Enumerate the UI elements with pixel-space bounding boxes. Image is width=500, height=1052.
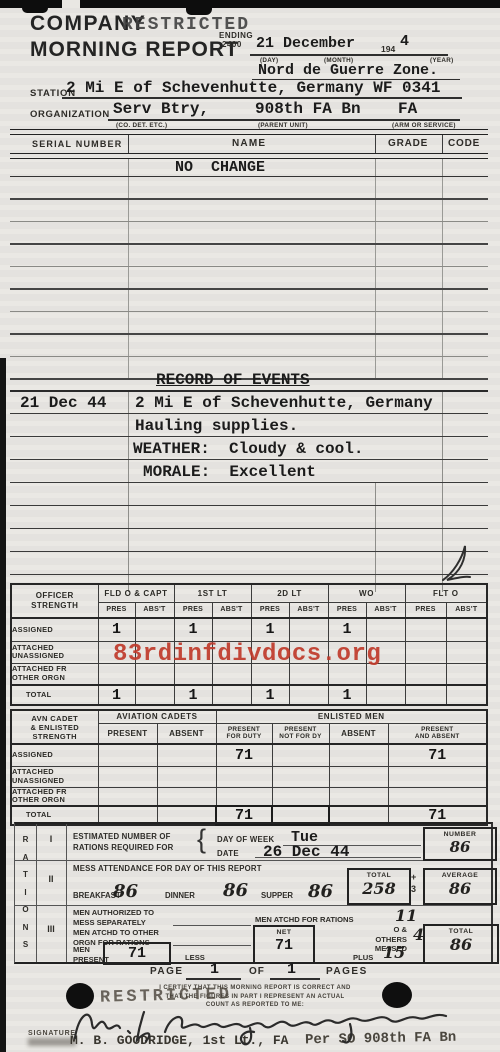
officer-group-fldo: FLD O & CAPT: [98, 584, 174, 602]
zone-line: Nord de Guerre Zone.: [258, 62, 438, 79]
officer-cell: [366, 685, 405, 705]
events-title: RECORD OF EVENTS: [156, 371, 310, 389]
org-unit-value: Serv Btry,: [113, 100, 209, 118]
cadets-present-header: PRESENT: [98, 723, 157, 744]
date-value: 26 Dec 44: [263, 843, 349, 861]
org-arm-value: FA: [398, 100, 417, 118]
average-box: AVERAGE 86: [423, 868, 497, 905]
breakfast-value: 86: [113, 881, 138, 902]
enlisted-cell: [272, 766, 329, 787]
enlisted-cell: [329, 766, 388, 787]
blank-row: [10, 245, 488, 267]
officer-row-label: TOTAL: [11, 685, 98, 705]
number-box: NUMBER 86: [423, 827, 497, 861]
officer-cell: 1: [174, 685, 212, 705]
enlisted-row-label: ASSIGNED: [11, 744, 98, 766]
enlisted-cell: [329, 744, 388, 766]
event-text: WEATHER: Cloudy & cool.: [133, 440, 363, 458]
station-value: 2 Mi E of Schevenhutte, Germany WF 0341: [66, 79, 440, 97]
scan-top-blob-2: [186, 0, 212, 15]
rations-numeral-3: III: [36, 924, 66, 934]
cadets-absent-header: ABSENT: [157, 723, 216, 744]
officer-cell: [446, 618, 487, 641]
pen-mark: [438, 543, 472, 585]
number-box-value: 86: [450, 838, 471, 856]
mess-total-value: 258: [362, 879, 395, 898]
officer-row-label: ATTACHED FR OTHER ORGN: [11, 663, 98, 685]
ending-label: ENDING: [219, 31, 253, 40]
atchd-other-underline: [173, 945, 251, 946]
present-not-for-duty-header: PRESENT NOT FOR DY: [272, 723, 329, 744]
abst-header: ABS'T: [446, 602, 487, 618]
co-det-caption: (CO. DET. ETC.): [116, 122, 167, 129]
less-label: LESS: [185, 953, 205, 962]
date-underline: [250, 54, 448, 56]
enlisted-cell: [157, 744, 216, 766]
rations-section: R A T I O N S I II III ESTIMATED NUMBER …: [14, 822, 493, 964]
plus-label: PLUS: [353, 953, 373, 962]
divide-sign: +: [411, 872, 416, 882]
rations-numeral-2: II: [36, 874, 66, 884]
officer-cell: [289, 618, 328, 641]
officer-cell: 1: [174, 618, 212, 641]
watermark: 83rdinfdivdocs.org: [113, 641, 381, 668]
officer-group-wo: WO: [328, 584, 405, 602]
event-text: 2 Mi E of Schevenhutte, Germany: [135, 394, 433, 412]
supper-label: SUPPER: [261, 891, 293, 900]
enlisted-row-label: ATTACHED UNASSIGNED: [11, 766, 98, 787]
men-atchd-rations-value: 11: [395, 906, 417, 925]
serial-number-header: SERIAL NUMBER: [32, 139, 122, 149]
abst-header: ABS'T: [212, 602, 251, 618]
aviation-cadets-group: AVIATION CADETS: [98, 710, 216, 723]
net-box-label: NET: [255, 929, 313, 936]
officer-cell: [289, 685, 328, 705]
abst-header: ABS'T: [366, 602, 405, 618]
page-number: 1: [210, 961, 219, 978]
station-underline: [62, 97, 462, 99]
arm-service-caption: (ARM OR SERVICE): [392, 122, 456, 129]
code-header: CODE: [448, 138, 480, 149]
blank-row: [10, 267, 488, 290]
event-blank-row: [10, 483, 488, 506]
enlisted-cell: [272, 744, 329, 766]
blank-row: [10, 222, 488, 245]
pres-header: PRES: [174, 602, 212, 618]
plus-value: 15: [383, 943, 405, 962]
officer-row-label: ATTACHED UNASSIGNED: [11, 641, 98, 663]
enlisted-corner-label: AVN CADET & ENLISTED STRENGTH: [11, 710, 98, 744]
date-underline2: [255, 857, 421, 858]
morning-report-page: COMPANY RESTRICTED MORNING REPORT ENDING…: [0, 0, 500, 1052]
divide-denominator: 3: [411, 884, 416, 894]
enlisted-absent-header: ABSENT: [329, 723, 388, 744]
enlisted-cell: [216, 787, 272, 806]
event-row-2: Hauling supplies.: [10, 414, 488, 437]
pages-underline: [270, 978, 320, 980]
event-blank-row: [10, 506, 488, 529]
enlisted-cell: [329, 787, 388, 806]
officer-cell: [405, 641, 446, 663]
name-table-header-row: SERIAL NUMBER NAME GRADE CODE: [10, 135, 488, 153]
rations-total-value: 86: [450, 935, 472, 954]
officer-cell: [212, 618, 251, 641]
scan-top-gap: [62, 0, 80, 8]
officer-cell: 1: [98, 685, 135, 705]
enlisted-cell: [157, 766, 216, 787]
average-value: 86: [449, 879, 471, 898]
report-title: MORNING REPORT: [30, 38, 239, 62]
pages-number: 1: [287, 961, 296, 978]
pres-header: PRES: [328, 602, 366, 618]
no-change-entry: NO CHANGE: [175, 159, 265, 176]
officer-group-1stlt: 1ST LT: [174, 584, 251, 602]
enlisted-cell: [98, 787, 157, 806]
dinner-value: 86: [223, 880, 248, 901]
officer-corner-label: OFFICER STRENGTH: [11, 584, 98, 618]
pres-header: PRES: [98, 602, 135, 618]
blank-name-rows: [10, 177, 488, 380]
signature-handwriting: [50, 998, 460, 1050]
event-text: MORALE: Excellent: [143, 463, 316, 481]
pres-header: PRES: [251, 602, 289, 618]
enlisted-cell: 71: [388, 744, 487, 766]
blank-row: [10, 290, 488, 312]
page-label: PAGE: [150, 966, 184, 977]
net-box-value: 71: [275, 937, 293, 954]
rations-brace: {: [197, 824, 206, 855]
officer-cell: [212, 685, 251, 705]
event-row-3: WEATHER: Cloudy & cool.: [10, 437, 488, 460]
name-table: SERIAL NUMBER NAME GRADE CODE NO CHANGE: [10, 129, 488, 380]
dinner-label: DINNER: [165, 891, 195, 900]
pages-label: PAGES: [326, 966, 368, 977]
officer-cell: 1: [98, 618, 135, 641]
average-label: AVERAGE: [425, 872, 495, 879]
number-box-label: NUMBER: [425, 831, 495, 838]
officer-cell: 1: [328, 685, 366, 705]
name-header: NAME: [232, 138, 266, 149]
enlisted-cell: 71: [216, 744, 272, 766]
officer-group-2dlt: 2D LT: [251, 584, 328, 602]
event-blank-row: [10, 552, 488, 575]
officer-cell: [405, 685, 446, 705]
officer-group-flto: FLT O: [405, 584, 487, 602]
enlisted-row-label: ATTACHED FR OTHER ORGN: [11, 787, 98, 806]
blank-row: [10, 335, 488, 357]
organization-label: ORGANIZATION: [30, 109, 110, 120]
page-underline: [186, 978, 241, 980]
mess-attendance-label: MESS ATTENDANCE FOR DAY OF THIS REPORT: [73, 864, 262, 873]
enlisted-cell: [216, 766, 272, 787]
officer-cell: [446, 685, 487, 705]
blank-row: [10, 177, 488, 200]
enlisted-strength-table: AVN CADET & ENLISTED STRENGTH AVIATION C…: [10, 709, 488, 826]
men-present-box: 71: [103, 942, 171, 965]
mess-total-box: TOTAL 258: [347, 868, 411, 905]
officer-cell: [446, 663, 487, 685]
enlisted-cell: [98, 744, 157, 766]
rations-required-label: ESTIMATED NUMBER OF RATIONS REQUIRED FOR: [73, 832, 173, 853]
report-date-value: 21 December: [256, 35, 355, 52]
grade-header: GRADE: [388, 138, 428, 149]
supper-value: 86: [308, 881, 333, 902]
date-label: DATE: [217, 849, 239, 858]
officer-row-label: ASSIGNED: [11, 618, 98, 641]
officer-cell: [446, 641, 487, 663]
officer-cell: [405, 663, 446, 685]
men-atchd-rations-label: MEN ATCHD FOR RATIONS: [255, 915, 354, 924]
event-date: 21 Dec 44: [20, 394, 106, 412]
enlisted-cell: [98, 766, 157, 787]
abst-header: ABS'T: [289, 602, 328, 618]
officer-cell: 1: [328, 618, 366, 641]
enlisted-cell: [388, 766, 487, 787]
officer-cell: [135, 685, 174, 705]
of-label: OF: [249, 966, 265, 977]
net-box: NET 71: [253, 925, 315, 964]
rations-numeral-1: I: [36, 834, 66, 844]
events-title-row: RECORD OF EVENTS: [10, 361, 488, 392]
present-and-absent-header: PRESENT AND ABSENT: [388, 723, 487, 744]
rations-side-label: R A T I O N S: [15, 831, 36, 954]
year-typed: 4: [400, 33, 409, 50]
officer-cell: 1: [251, 618, 289, 641]
event-row-1: 21 Dec 44 2 Mi E of Schevenhutte, German…: [10, 392, 488, 414]
enlisted-cell: [157, 787, 216, 806]
officer-cell: [405, 618, 446, 641]
record-of-events: RECORD OF EVENTS 21 Dec 44 2 Mi E of Sch…: [10, 361, 488, 592]
officer-cell: 1: [251, 685, 289, 705]
mess-separately-label: MEN AUTHORIZED TO MESS SEPARATELY: [73, 908, 154, 927]
abst-header: ABS'T: [135, 602, 174, 618]
blank-row: [10, 312, 488, 335]
event-blank-row: [10, 529, 488, 552]
enlisted-cell: [388, 787, 487, 806]
enlisted-cell: [272, 787, 329, 806]
present-for-duty-header: PRESENT FOR DUTY: [216, 723, 272, 744]
org-parent-value: 908th FA Bn: [255, 100, 361, 118]
officer-cell: [366, 618, 405, 641]
blank-row: [10, 200, 488, 222]
event-row-4: MORALE: Excellent: [10, 460, 488, 483]
rations-total-box: TOTAL 86: [423, 924, 499, 964]
year-printed: 194: [381, 44, 395, 54]
ending-time: 2400: [222, 40, 242, 49]
pres-header: PRES: [405, 602, 446, 618]
enlisted-men-group: ENLISTED MEN: [216, 710, 487, 723]
officer-cell: [135, 618, 174, 641]
men-present-value: 71: [128, 945, 146, 962]
mess-separately-underline: [173, 925, 251, 926]
org-underline: [108, 119, 460, 121]
rations-total-label: TOTAL: [425, 928, 497, 935]
scan-left-edge: [0, 358, 6, 1052]
parent-unit-caption: (PARENT UNIT): [258, 122, 308, 129]
no-change-row: NO CHANGE: [10, 159, 488, 177]
mess-total-label: TOTAL: [349, 872, 409, 879]
event-text: Hauling supplies.: [135, 417, 298, 435]
